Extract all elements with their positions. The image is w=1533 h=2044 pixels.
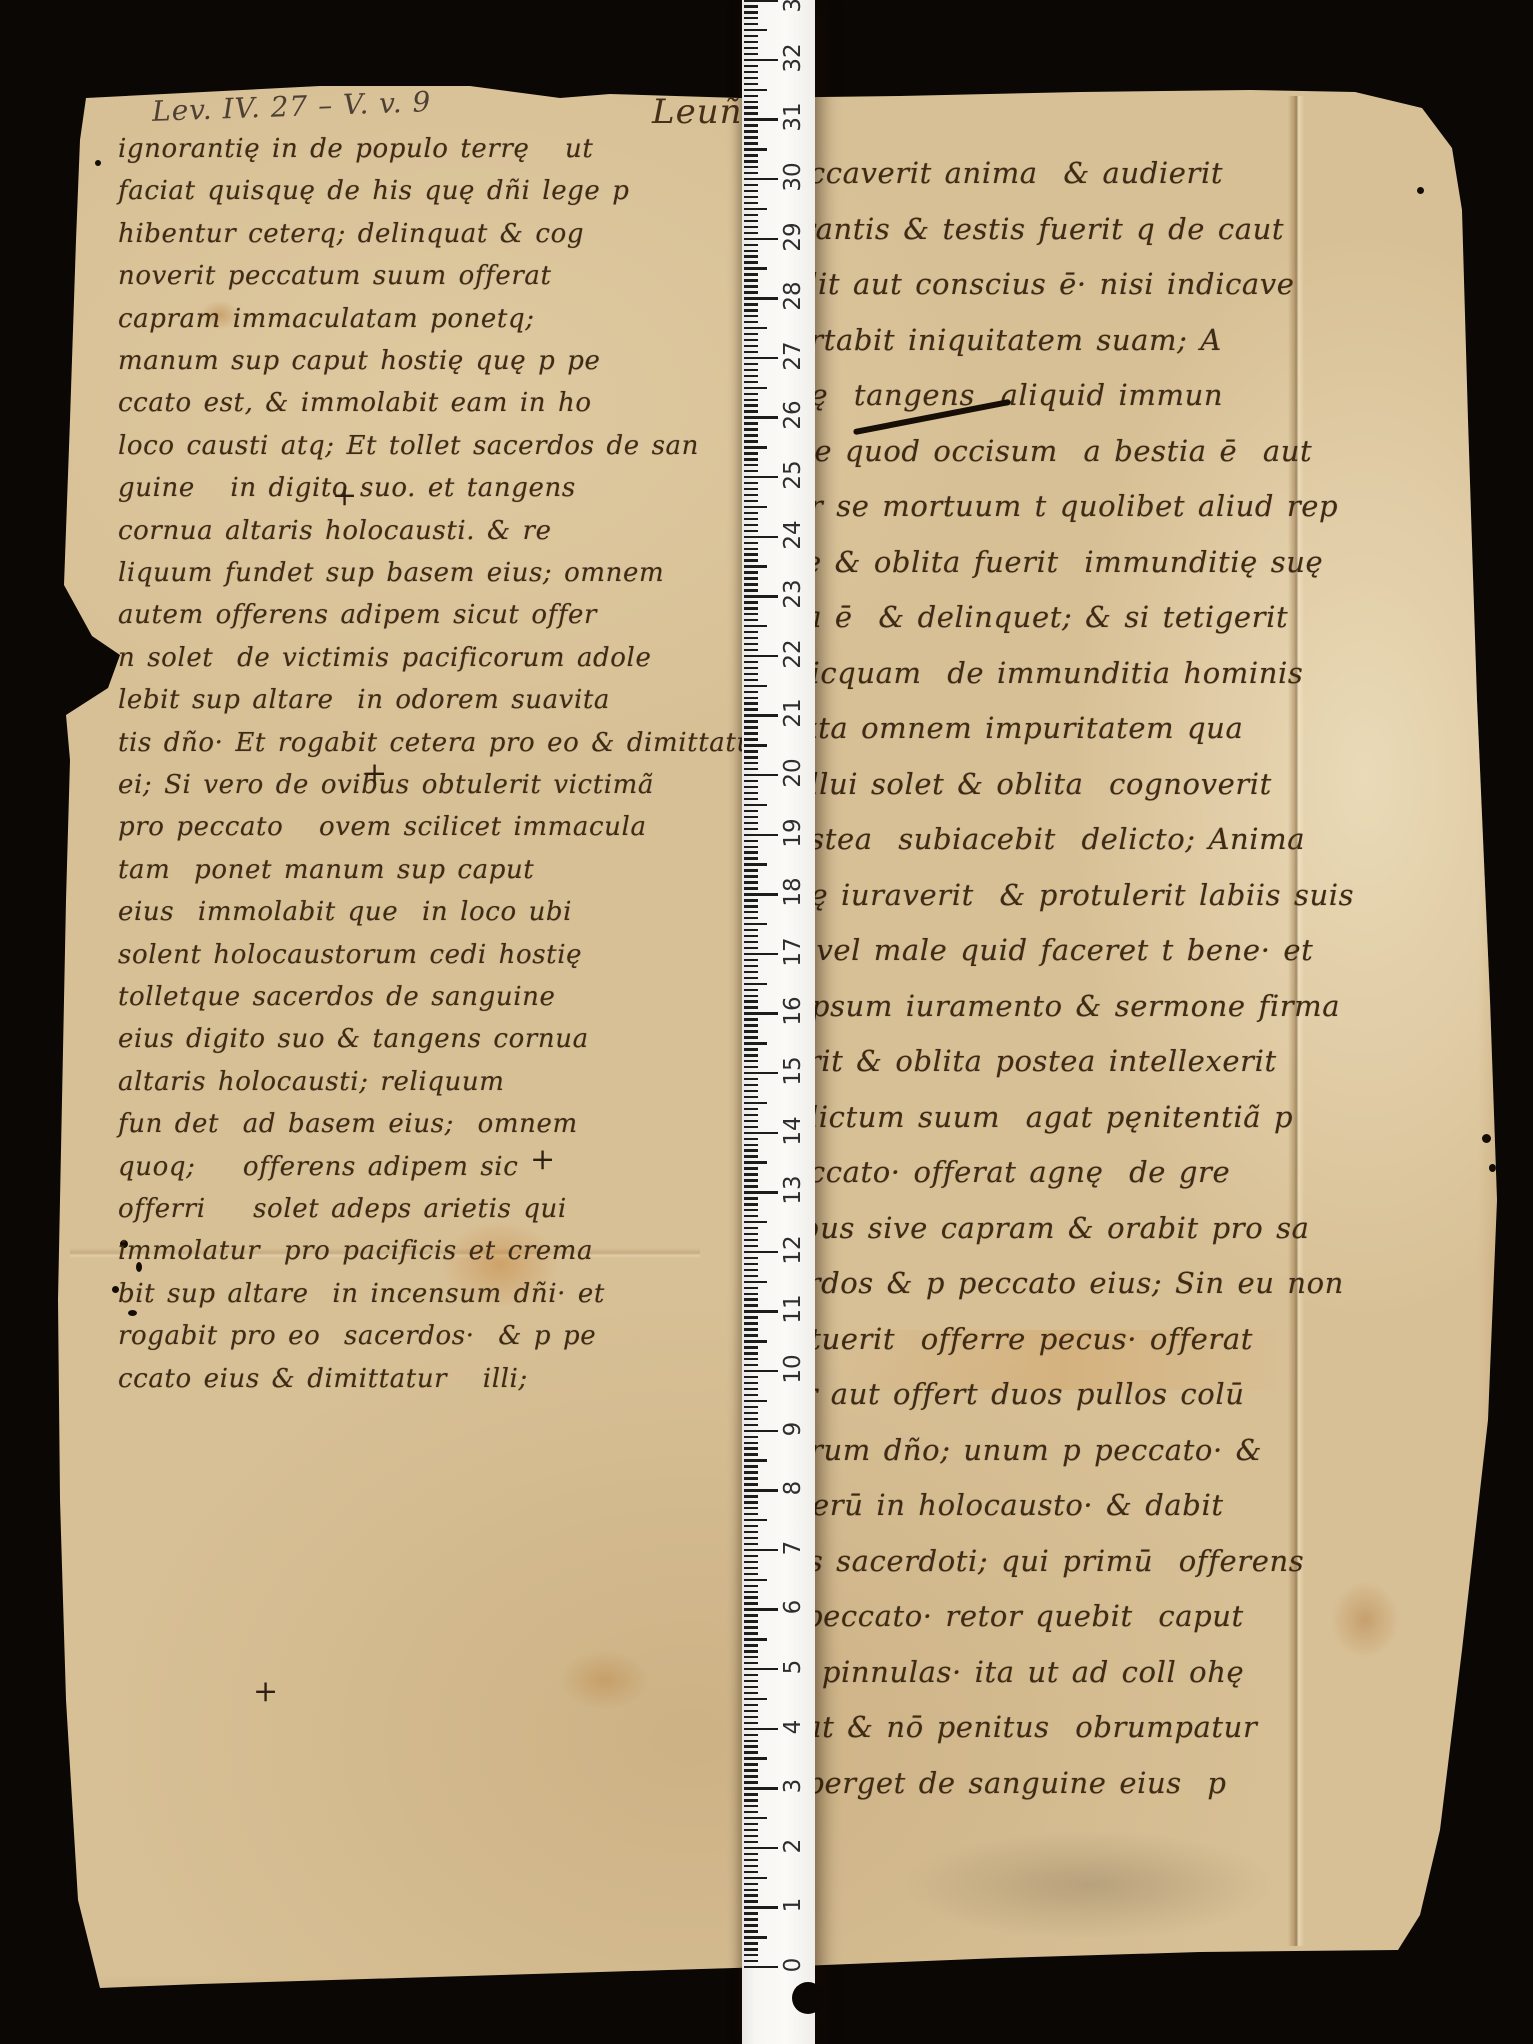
ruler-tick [744,637,758,639]
ruler-tick [744,65,758,67]
ruler-tick [744,1674,758,1676]
ruler-tick [744,1656,758,1658]
ruler-tick [744,1835,758,1837]
ruler-tick [744,1728,778,1730]
ruler-number: 30 [780,160,806,194]
ruler-tick [744,601,758,603]
ruler-tick [744,1483,758,1485]
ruler-tick [744,553,758,555]
ruler-tick [744,1221,767,1223]
ruler-tick [744,1585,758,1587]
ruler-tick [744,1459,767,1461]
manuscript-line: loco causti atq; Et tollet sacerdos de s… [118,431,699,461]
ruler-tick [744,995,758,997]
insertion-cross-mark: + [332,478,357,513]
ruler-tick [744,881,758,883]
ruler-tick [744,321,758,323]
ruler-tick [744,714,778,716]
ruler-tick [744,59,778,61]
ruler-tick [744,1245,758,1247]
manuscript-line: cornua altaris holocausti. & re [118,516,552,546]
ruler-tick [744,1549,778,1551]
ruler-tick [744,726,758,728]
ruler-tick [744,309,758,311]
ruler-tick [744,95,758,97]
ruler-tick [744,1006,758,1008]
ruler-hanging-notch [792,1982,824,2014]
ink-speck [95,160,101,166]
ruler-tick [744,911,758,913]
ruler-tick [744,1018,758,1020]
ruler-tick [744,1298,758,1300]
ruler-tick [744,1841,758,1843]
ruler-tick [744,47,758,49]
manuscript-line: sive quod occisum a bestia ē aut [772,434,1312,468]
manuscript-line: eius immolabit que in loco ubi [118,897,572,927]
ruler-tick [744,661,758,663]
ruler-tick [744,1442,758,1444]
ruler-tick [744,1364,758,1366]
ink-speck [1489,1164,1496,1172]
ruler-tick [744,333,758,335]
ruler-tick [744,1501,758,1503]
ruler-tick [744,625,767,627]
ruler-tick [744,410,758,412]
ruler-number: 3 [780,1769,806,1803]
manuscript-line: barum dño; unum p peccato· & [772,1433,1262,1467]
ruler-tick [744,506,767,508]
manuscript-line: offerri solet adeps arietis qui [118,1194,567,1224]
ruler-tick [744,863,767,865]
manuscript-line: iuxta omnem impuritatem qua [772,711,1243,745]
ruler-tick [744,1233,758,1235]
ruler-tick [744,756,758,758]
ruler-tick [744,1138,758,1140]
ruler-number: 26 [780,398,806,432]
manuscript-line: faciat quisquę de his quę dñi lege p [118,176,630,206]
ruler-tick [744,1632,758,1634]
ruler-tick [744,953,778,955]
manuscript-line: postea subiacebit delicto; Anima [772,822,1305,856]
ruler-tick [744,160,758,162]
ruler-tick [744,786,758,788]
ruler-tick [744,1090,758,1092]
ruler-tick [744,1167,758,1169]
ruler-tick [744,83,758,85]
ruler-number: 25 [780,458,806,492]
ruler-tick [744,1495,758,1497]
ruler-tick [744,1811,758,1813]
ruler-tick [744,899,758,901]
ruler-tick [744,613,758,615]
ruler-tick [744,1829,758,1831]
ruler-tick [744,1269,758,1271]
manuscript-line: tolletque sacerdos de sanguine [118,982,555,1012]
ruler-tick [744,1418,758,1420]
ruler-tick [744,1120,758,1122]
ruler-tick [744,1918,758,1920]
ruler-tick [744,315,758,317]
ruler-tick [744,208,767,210]
ruler-tick [744,1716,758,1718]
manuscript-line: iurantis & testis fuerit q de caut [772,212,1284,246]
ruler-tick [744,1620,758,1622]
ruler-tick [744,524,758,526]
ruler-tick [744,1781,758,1783]
ruler-tick [744,0,778,2]
ruler-tick [744,1179,758,1181]
ruler-tick [744,1722,758,1724]
manuscript-line: asperget de sanguine eius p [772,1766,1227,1800]
ruler-tick [744,1477,758,1479]
ruler-tick [744,655,778,657]
ruler-tick [744,923,767,925]
ruler-tick [744,440,758,442]
ruler-tick [744,250,758,252]
ruler-tick [744,577,758,579]
manuscript-line: vidit aut conscius ē· nisi indicave [772,267,1295,301]
ruler-number: 20 [780,756,806,790]
ruler-tick [744,136,758,138]
manuscript-line: alterū in holocausto· & dabit [772,1488,1224,1522]
manuscript-line: verit & oblita postea intellexerit [772,1044,1277,1078]
ruler-tick [744,774,778,776]
manuscript-line: portabit iniquitatem suam; A [772,323,1222,357]
ruler-tick [744,846,758,848]
ruler-tick [744,1644,758,1646]
manuscript-line: tam ponet manum sup caput [118,855,534,885]
ruler-tick [744,1602,758,1604]
ruler-tick [744,744,767,746]
ruler-tick [744,41,758,43]
manuscript-line: reat & nō penitus obrumpatur [772,1710,1257,1744]
ruler-tick [744,279,758,281]
ruler-tick [744,667,758,669]
ruler-tick [744,154,758,156]
ruler-tick [744,1144,758,1146]
insertion-cross-mark: + [530,1142,555,1177]
ruler-tick [744,816,758,818]
ruler-tick [744,1668,778,1670]
ruler-tick [744,1054,758,1056]
ink-speck [128,1310,137,1316]
ruler-tick [744,166,758,168]
ruler-tick [744,697,758,699]
ruler-number: 7 [780,1531,806,1565]
ruler-tick [744,71,758,73]
ruler-tick [744,1853,758,1855]
manuscript-line: potuerit offerre pecus· offerat [772,1322,1253,1356]
smudge [900,1830,1280,1940]
ruler-tick [744,1757,767,1759]
ruler-tick [744,875,758,877]
ruler-tick [744,1012,778,1014]
ruler-tick [744,1507,758,1509]
ruler-tick [744,1281,767,1283]
ruler-number: 1 [780,1888,806,1922]
ruler-tick [744,1275,758,1277]
ruler-number: 13 [780,1173,806,1207]
ruler-tick [744,702,758,704]
ruler-tick [744,834,778,836]
ruler-tick [744,273,758,275]
ruler-tick [744,971,758,973]
ruler-tick [744,542,758,544]
ruler-tick [744,619,758,621]
ruler-tick [744,798,758,800]
ruler-tick [744,905,758,907]
ruler-tick [744,1358,758,1360]
ruler-tick [744,565,767,567]
ruler-tick [744,297,778,299]
manuscript-line: peccato· offerat agnę de gre [772,1155,1230,1189]
ruler-tick [744,255,758,257]
ruler-tick [744,1662,758,1664]
manuscript-line: rogabit pro eo sacerdos· & p pe [118,1321,596,1351]
ruler-tick [744,112,758,114]
ruler-tick [744,1036,758,1038]
ruler-tick [744,142,758,144]
manuscript-line: solent holocaustorum cedi hostię [118,940,582,970]
ruler-tick [744,1108,758,1110]
ruler-tick [744,1912,758,1914]
ruler-tick [744,89,767,91]
manuscript-line: hibentur ceterq; delinquat & cog [118,219,584,249]
ruler-tick [744,1453,758,1455]
ruler-tick [744,35,758,37]
ruler-tick [744,202,758,204]
ruler-tick [744,1293,758,1295]
ruler-tick [744,1859,758,1861]
ruler-tick [744,1865,758,1867]
ruler-tick [744,1263,758,1265]
ruler-tick [744,1769,758,1771]
ruler-tick [744,446,767,448]
ruler-number: 10 [780,1352,806,1386]
ruler-tick [744,1889,758,1891]
ruler-number: 9 [780,1412,806,1446]
ruler-number: 5 [780,1650,806,1684]
ruler-tick [744,1561,758,1563]
ruler-tick [744,303,758,305]
manuscript-line: cerdos & p peccato eius; Sin eu non [772,1266,1344,1300]
manuscript-line: noverit peccatum suum offerat [118,261,552,291]
photograph-of-manuscript: Lev. IV. 27 – V. v. 9 Leuñ ignorantię in… [0,0,1533,2044]
ruler-tick [744,1543,758,1545]
ruler-number: 27 [780,339,806,373]
ruler-tick [744,476,778,478]
ruler-tick [744,1191,778,1193]
ruler-tick [744,1555,758,1557]
ruler-tick [744,1894,758,1896]
ruler-tick [744,804,767,806]
ruler-tick [744,691,758,693]
ruler-tick [744,124,758,126]
ruler-tick [744,762,758,764]
ruler-number: 19 [780,816,806,850]
ruler-tick [744,1805,758,1807]
manuscript-line: bit sup altare in incensum dñi· et [118,1279,605,1309]
ruler-tick [744,1745,758,1747]
ruler-tick [744,1471,758,1473]
ruler-tick [744,595,778,597]
ruler-tick [744,1614,758,1616]
ruler-tick [744,369,758,371]
ruler-tick [744,1596,758,1598]
ruler-tick [744,1370,778,1372]
ruler-number: 0 [780,1948,806,1982]
ruler-tick [744,399,758,401]
ruler-tick [744,679,758,681]
manuscript-line: capram immaculatam ponetq; [118,304,535,334]
ruler-tick [744,184,758,186]
ruler-tick [744,1042,767,1044]
ruler-tick [744,571,758,573]
ruler-tick [744,1257,758,1259]
ruler-tick [744,17,758,19]
ruler-tick [744,685,767,687]
ruler-tick [744,673,758,675]
ruler-tick [744,1954,758,1956]
ruler-tick [744,1692,758,1694]
ruler-number: 6 [780,1590,806,1624]
manuscript-line: ccato eius & dimittatur illi; [118,1364,528,1394]
ruler-tick [744,1412,758,1414]
ruler-tick [744,1328,758,1330]
ruler-tick [744,1227,758,1229]
ruler-tick [744,470,758,472]
ruler-tick [744,1966,778,1968]
ruler-tick [744,1793,758,1795]
ruler-number: 15 [780,1054,806,1088]
manuscript-line: eius digito suo & tangens cornua [118,1024,589,1054]
ruler-tick [744,1751,758,1753]
ruler-tick [744,1161,767,1163]
ruler-tick [744,977,758,979]
ink-speck [1417,187,1424,194]
ruler-tick [744,1740,758,1742]
ruler-tick [744,1066,758,1068]
ruler-tick [744,11,758,13]
ruler-tick [744,1900,758,1902]
ruler-number: 12 [780,1233,806,1267]
ruler-tick [744,1126,758,1128]
ruler-tick [744,1376,758,1378]
manuscript-line: ad pinnulas· ita ut ad coll ohę [772,1655,1244,1689]
ruler-tick [744,732,758,734]
ruler-tick [744,101,758,103]
manuscript-line: quę iuraverit & protulerit labiis suis [772,878,1354,912]
manuscript-line: pollui solet & oblita cognoverit [772,767,1272,801]
ruler-tick [744,464,758,466]
ruler-number: 8 [780,1471,806,1505]
stain [560,1650,650,1710]
insertion-cross-mark: + [253,1674,278,1709]
ruler-tick [744,887,758,889]
manuscript-line: tur aut offert duos pullos colū [772,1377,1244,1411]
ruler-tick [744,750,758,752]
ruler-tick [744,1424,758,1426]
ruler-tick [744,106,758,108]
ruler-tick [744,500,758,502]
ruler-tick [744,851,758,853]
ruler-tick [744,428,758,430]
ruler-tick [744,1567,758,1569]
manuscript-line: rea ē & delinquet; & si tetigerit [772,600,1288,634]
ruler-tick [744,828,758,830]
ruler-tick [744,404,758,406]
ruler-number: 28 [780,279,806,313]
ruler-tick [744,363,758,365]
ruler-tick [744,351,758,353]
ruler-tick [744,1650,758,1652]
ruler-tick [744,53,758,55]
ruler-tick [744,226,758,228]
ruler-tick [744,29,767,31]
manuscript-line: gibus sive capram & orabit pro sa [772,1211,1310,1245]
ruler-tick [744,1382,758,1384]
ruler-tick [744,1710,758,1712]
ruler-tick [744,1531,758,1533]
ruler-number: 18 [780,875,806,909]
ruler-tick [744,1209,758,1211]
ruler-tick [744,1591,758,1593]
ruler-tick [744,1215,758,1217]
ruler-tick [744,1322,758,1324]
ruler-tick [744,345,758,347]
ruler-tick [744,494,758,496]
ruler-tick [744,1525,758,1527]
ruler-number: 29 [780,220,806,254]
ruler-tick [744,434,758,436]
ruler-tick [744,989,758,991]
ruler-tick [744,583,758,585]
ruler-number: 16 [780,994,806,1028]
ruler-tick [744,1465,758,1467]
ruler-tick [744,559,758,561]
ruler-number: 31 [780,100,806,134]
manuscript-line: tis dño· Et rogabit cetera pro eo & dimi… [118,728,767,758]
manuscript-line: idipsum iuramento & sermone firma [772,989,1340,1023]
ruler-tick [744,387,767,389]
ruler-tick [744,1149,758,1151]
ruler-tick [744,1930,758,1932]
running-title: Leuñ [652,92,743,132]
manuscript-line: lebit sup altare in odorem suavita [118,685,610,715]
ruler-tick [744,482,758,484]
ruler-tick [744,1680,758,1682]
ruler-tick [744,1030,758,1032]
ruler-tick [744,983,767,985]
ruler-number: 21 [780,696,806,730]
ruler-tick [744,416,778,418]
ruler-tick [744,232,758,234]
ruler-tick [744,1352,758,1354]
ruler-tick [744,1817,767,1819]
ruler-number: 11 [780,1292,806,1326]
ruler-tick [744,643,758,645]
ruler-tick [744,810,758,812]
ruler-tick [744,649,758,651]
ruler-tick [744,792,758,794]
ruler-tick [744,375,758,377]
ruler-tick [744,917,758,919]
ruler-tick [744,1519,767,1521]
manuscript-line: n solet de victimis pacificorum adole [118,643,651,673]
manuscript-line: p peccato· retor quebit caput [772,1599,1244,1633]
manuscript-line: manum sup caput hostię quę p pe [118,346,600,376]
ruler-tick [744,708,758,710]
